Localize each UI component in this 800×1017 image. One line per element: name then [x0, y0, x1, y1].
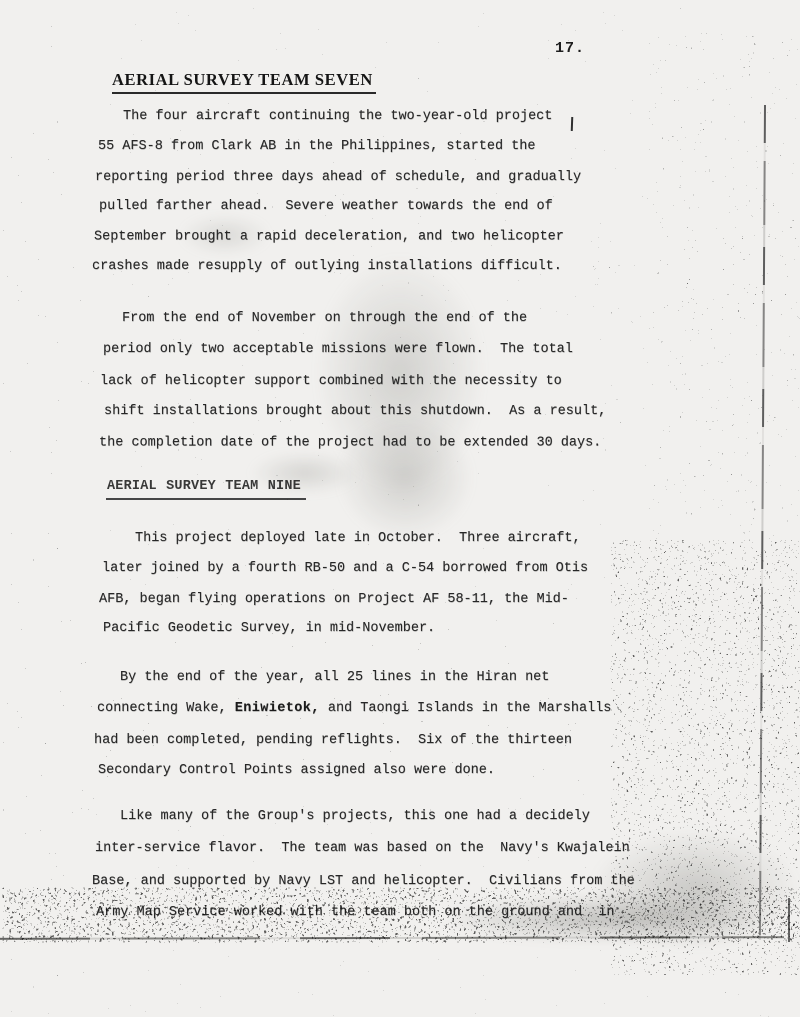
text-line: shift installations brought about this s… — [104, 404, 606, 435]
page-bottom-edge-line — [0, 936, 784, 940]
text-line: By the end of the year, all 25 lines in … — [95, 670, 611, 701]
scan-edge-line-right — [759, 105, 766, 940]
text-line: Army Map Service worked with the team bo… — [96, 905, 635, 937]
scanned-document-page: 17. AERIAL SURVEY TEAM SEVEN The four ai… — [0, 0, 800, 1017]
paragraph: From the end of November on through the … — [101, 311, 606, 466]
text-line: later joined by a fourth RB-50 and a C-5… — [102, 561, 588, 591]
text-line: Secondary Control Points assigned also w… — [98, 763, 611, 794]
text-line: connecting Wake, Eniwietok, and Taongi I… — [97, 701, 611, 732]
noise-patch — [600, 240, 780, 320]
noise-patch — [660, 0, 800, 60]
page-number: 17. — [555, 40, 585, 57]
text-line: Base, and supported by Navy LST and heli… — [92, 874, 635, 906]
text-line: This project deployed late in October. T… — [100, 531, 588, 561]
text-line: crashes made resupply of outlying instal… — [92, 259, 581, 289]
text-line: the completion date of the project had t… — [99, 436, 606, 467]
text-line: lack of helicopter support combined with… — [100, 374, 606, 405]
emphasized-word: Eniwietok, — [235, 701, 320, 716]
text-line: period only two acceptable missions were… — [103, 342, 606, 373]
text-line: September brought a rapid deceleration, … — [94, 230, 581, 260]
text-line: 55 AFS-8 from Clark AB in the Philippine… — [98, 139, 581, 169]
noise-patch — [650, 60, 800, 600]
paragraph: By the end of the year, all 25 lines in … — [95, 670, 611, 794]
text-line: The four aircraft continuing the two-yea… — [96, 109, 581, 139]
paragraph: This project deployed late in October. T… — [100, 531, 588, 651]
text-line: reporting period three days ahead of sch… — [95, 170, 581, 200]
text-line: Pacific Geodetic Survey, in mid-November… — [103, 621, 588, 651]
text-segment: and Taongi Islands in the Marshalls — [320, 701, 612, 716]
noise-patch — [620, 560, 800, 955]
text-line: had been completed, pending reflights. S… — [94, 733, 611, 764]
text-line: AFB, began flying operations on Project … — [99, 592, 588, 622]
text-segment: connecting Wake, — [97, 701, 235, 716]
text-line: inter-service flavor. The team was based… — [95, 841, 635, 873]
section-heading-aerial-survey-team-seven: AERIAL SURVEY TEAM SEVEN — [112, 70, 376, 94]
paragraph: The four aircraft continuing the two-yea… — [96, 109, 581, 289]
noise-patch — [0, 60, 90, 940]
text-line: From the end of November on through the … — [101, 311, 606, 342]
section-heading-aerial-survey-team-nine: AERIAL SURVEY TEAM NINE — [106, 479, 306, 500]
paragraph: Like many of the Group's projects, this … — [93, 809, 635, 937]
text-line: Like many of the Group's projects, this … — [93, 809, 635, 841]
text-line: pulled farther ahead. Severe weather tow… — [99, 199, 581, 229]
scan-edge-line-corner — [788, 898, 790, 942]
